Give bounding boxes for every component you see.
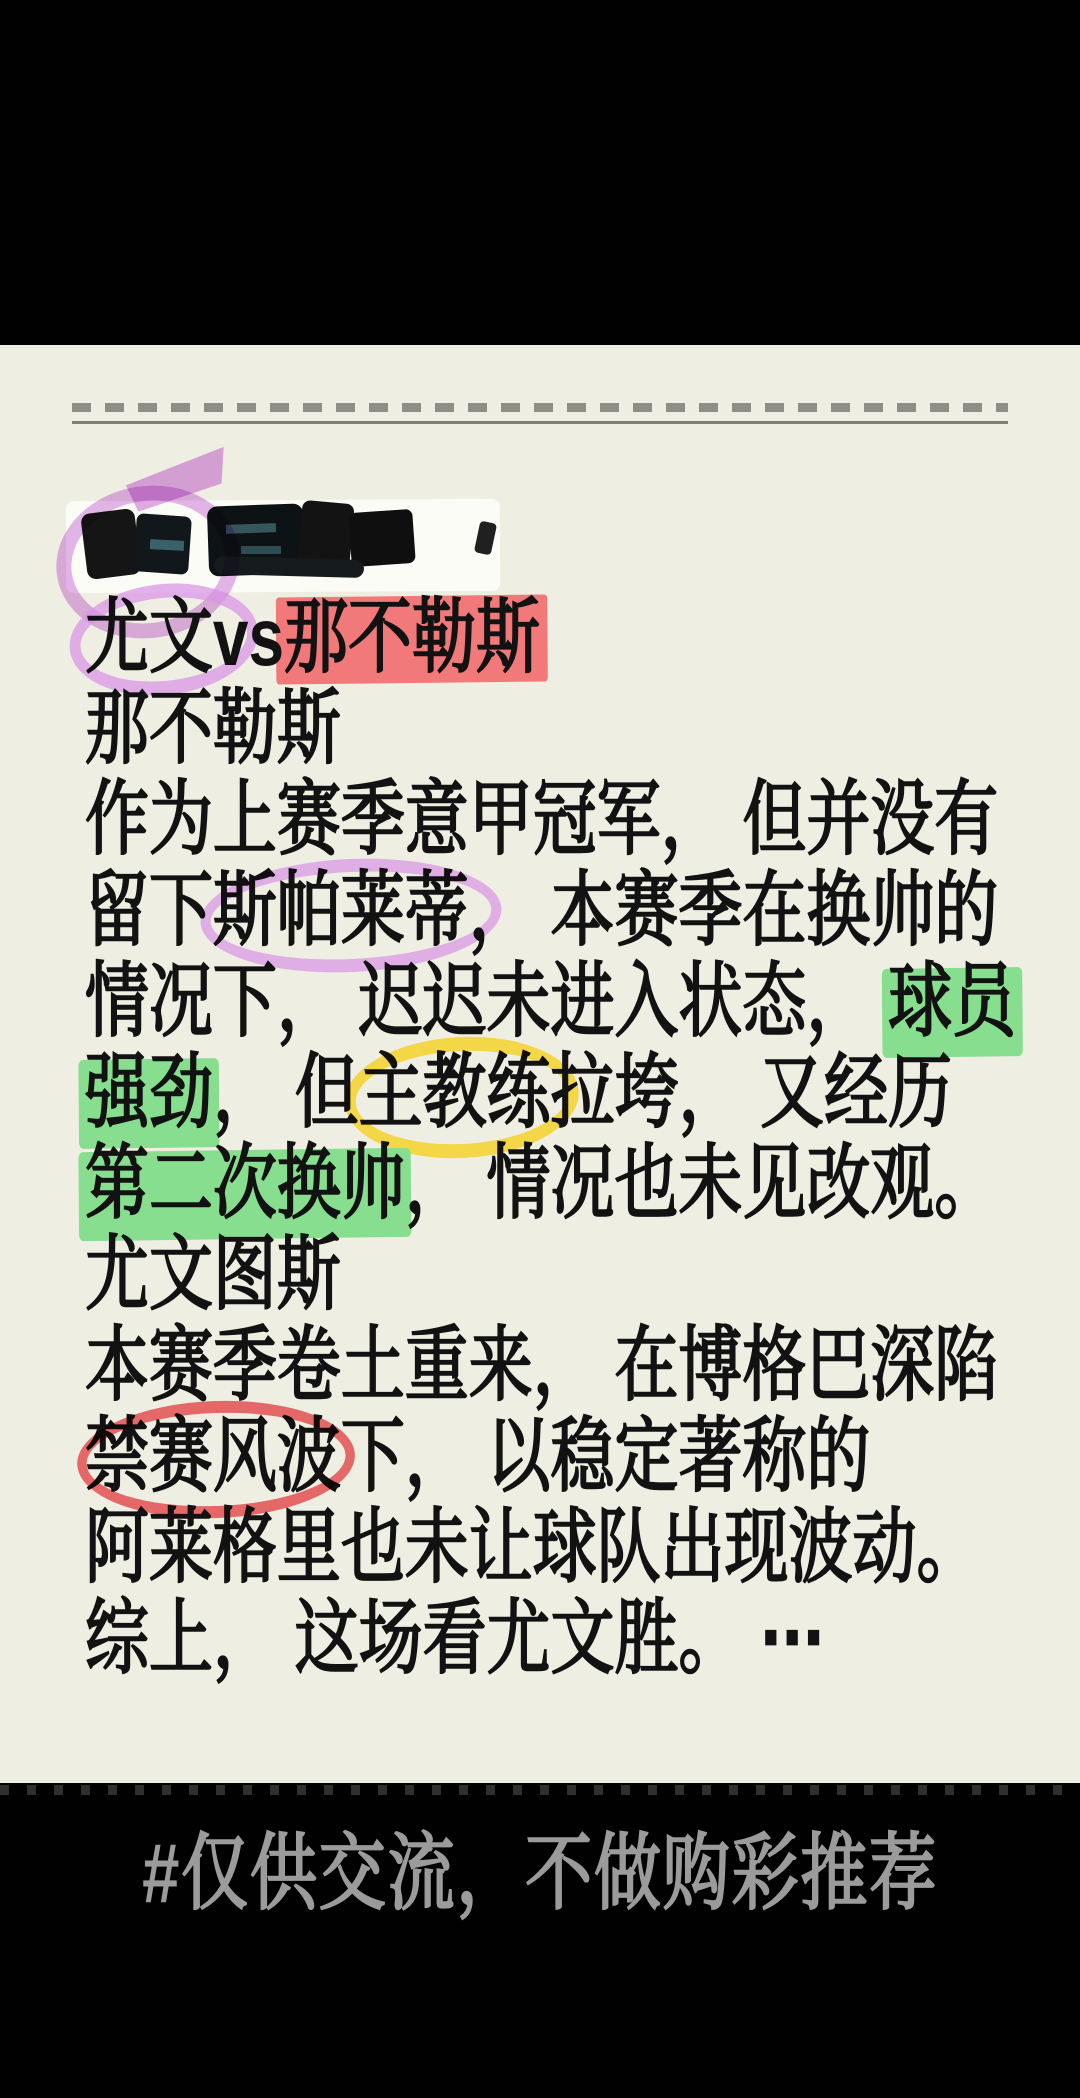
plain-text: 阿莱格里也未让球队出现波动。 — [85, 1502, 980, 1593]
text-line: 综上， 这场看尤文胜。 ⋯ — [85, 1593, 1016, 1684]
plain-text: ， 本赛季在换帅的 — [469, 865, 998, 956]
plain-text: vs — [213, 592, 284, 683]
text-line: 阿莱格里也未让球队出现波动。 — [85, 1502, 1016, 1593]
screenshot-canvas: 尤文vs那不勒斯那不勒斯作为上赛季意甲冠军， 但并没有留下斯帕莱蒂， 本赛季在换… — [0, 0, 1080, 2098]
solid-line — [72, 421, 1008, 424]
text-line: 强劲， 但主教练拉垮， 又经历 — [85, 1047, 1016, 1138]
text-line: 第二次换帅， 情况也未见改观。 — [85, 1138, 1016, 1229]
marked-text-hl-red: 那不勒斯 — [284, 592, 540, 683]
text-line: 尤文vs那不勒斯 — [85, 592, 1016, 683]
text-line: 那不勒斯 — [85, 683, 1016, 774]
plain-text: 综上， 这场看尤文胜。 ⋯ — [85, 1593, 824, 1684]
marked-text-hl-green: 第二次换帅 — [85, 1138, 405, 1229]
plain-text: 尤文图斯 — [85, 1229, 341, 1320]
text-line: 本赛季卷土重来， 在博格巴深陷 — [85, 1320, 1016, 1411]
text-line: 禁赛风波下， 以稳定著称的 — [85, 1411, 1016, 1502]
plain-text: 本赛季卷土重来， 在博格巴深陷 — [85, 1320, 998, 1411]
plain-text: 情况下， 迟迟未进入状态， — [85, 956, 888, 1047]
marked-text-circle-red: 禁赛风波 — [85, 1411, 341, 1502]
redaction-scribble-streak — [241, 546, 281, 554]
redaction-scribble — [348, 509, 416, 567]
plain-text: ， 但 — [213, 1047, 359, 1138]
plain-text: 拉垮， 又经历 — [551, 1047, 953, 1138]
top-letterbox-bar — [0, 0, 1080, 345]
marked-text-circle-purple: 尤文 — [85, 592, 213, 683]
plain-text: 留下 — [85, 865, 213, 956]
plain-text: 那不勒斯 — [85, 683, 341, 774]
text-line: 情况下， 迟迟未进入状态， 球员 — [85, 956, 1016, 1047]
marked-text-circle-purple-wide: 斯帕莱蒂 — [213, 865, 469, 956]
marked-text-hl-green: 球员 — [888, 956, 1016, 1047]
plain-text: 下， 以稳定著称的 — [341, 1411, 870, 1502]
dashed-separator — [72, 403, 1008, 424]
marked-text-circle-yellow: 主教练 — [359, 1047, 551, 1138]
text-line: 作为上赛季意甲冠军， 但并没有 — [85, 774, 1016, 865]
plain-text: 作为上赛季意甲冠军， 但并没有 — [85, 774, 998, 865]
dashed-line — [72, 403, 1008, 412]
plain-text: ， 情况也未见改观。 — [405, 1138, 998, 1229]
text-line: 留下斯帕莱蒂， 本赛季在换帅的 — [85, 865, 1016, 956]
marked-text-hl-green: 强劲 — [85, 1047, 213, 1138]
disclaimer-text: #仅供交流，不做购彩推荐 — [108, 1828, 972, 1918]
article-lines: 尤文vs那不勒斯那不勒斯作为上赛季意甲冠军， 但并没有留下斯帕莱蒂， 本赛季在换… — [85, 592, 1080, 1684]
text-line: 尤文图斯 — [85, 1229, 1016, 1320]
